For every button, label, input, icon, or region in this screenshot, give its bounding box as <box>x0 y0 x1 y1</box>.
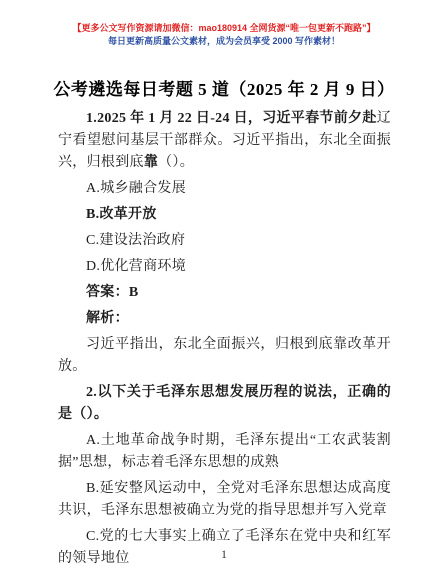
q1-answer-label: 答案：B <box>58 282 391 304</box>
q2-stem: 2.以下关于毛泽东思想发展历程的说法，正确的是（）。 <box>58 382 391 426</box>
q2-option-b: B.延安整风运动中，全党对毛泽东思想达成高度共识，毛泽东思想被确立为党的指导思想… <box>58 478 391 522</box>
q1-stem: 1.2025 年 1 月 22 日-24 日，习近平春节前夕赴辽宁看望慰问基层干… <box>58 108 391 174</box>
promo-line-2: 每日更新高质量公文素材，成为会员享受 2000 写作素材！ <box>0 35 448 48</box>
promo-header: 【更多公文写作资源请加微信：mao180914 全网货源“唯一包更新不跑路”】 … <box>0 0 448 48</box>
promo-line-1: 【更多公文写作资源请加微信：mao180914 全网货源“唯一包更新不跑路”】 <box>0 22 448 35</box>
q1-stem-tail: （）。 <box>158 155 194 170</box>
q1-option-c: C.建设法治政府 <box>58 230 391 252</box>
q1-stem-bold-kao: 靠 <box>144 155 158 170</box>
q1-option-a: A.城乡融合发展 <box>58 178 391 200</box>
q1-stem-bold-lead: 1.2025 年 1 月 22 日-24 日，习近平春节前夕赴 <box>86 111 377 126</box>
document-page: 【更多公文写作资源请加微信：mao180914 全网货源“唯一包更新不跑路”】 … <box>0 0 448 580</box>
page-number: 1 <box>0 547 448 562</box>
q1-option-b: B.改革开放 <box>58 204 391 226</box>
document-body: 1.2025 年 1 月 22 日-24 日，习近平春节前夕赴辽宁看望慰问基层干… <box>0 101 448 570</box>
q1-analysis-text: 习近平指出，东北全面振兴，归根到底靠改革开放。 <box>58 334 391 378</box>
q1-option-d: D.优化营商环境 <box>58 256 391 278</box>
q2-option-a: A.土地革命战争时期，毛泽东提出“工农武装割据”思想，标志着毛泽东思想的成熟 <box>58 430 391 474</box>
q1-analysis-label: 解析： <box>58 308 391 330</box>
page-title: 公考遴选每日考题 5 道（2025 年 2 月 9 日） <box>0 79 448 101</box>
